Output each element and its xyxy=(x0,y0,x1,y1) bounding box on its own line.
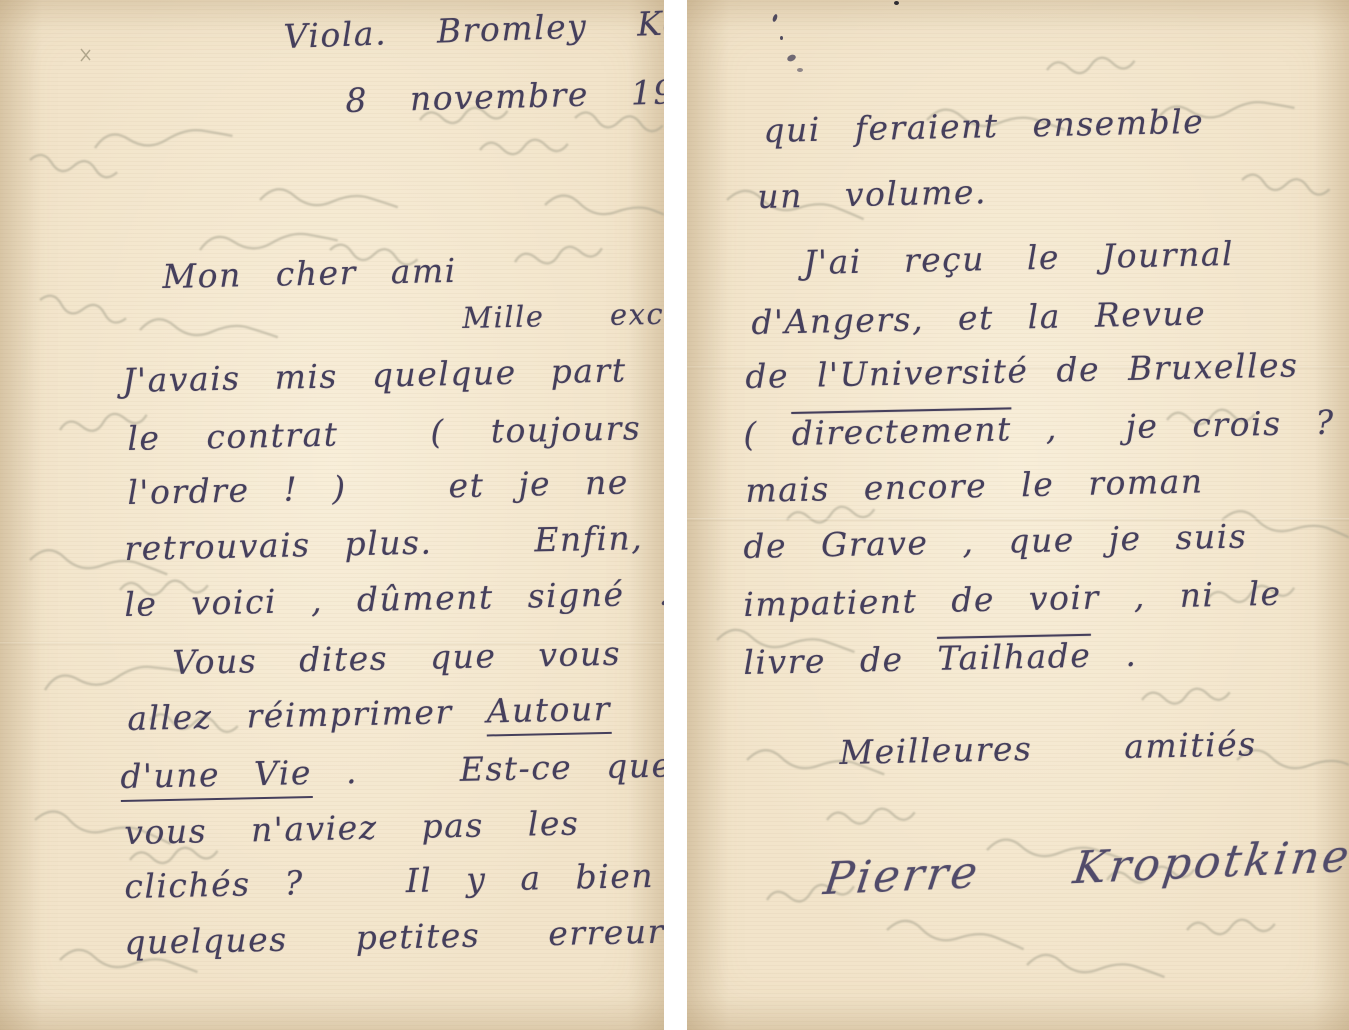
ink-speck xyxy=(780,36,783,40)
line-text: ( xyxy=(743,414,792,454)
letter-line: clichés ? Il y a bien xyxy=(124,859,654,903)
overlined-name: Tailhade xyxy=(937,636,1092,678)
letter-line: d'Angers, et la Revue xyxy=(751,296,1207,339)
letter-line: J'avais mis quelque part xyxy=(122,353,627,397)
ink-speck xyxy=(772,14,778,23)
salutation-line: Mon cher ami xyxy=(162,254,457,293)
line-text: . xyxy=(1091,635,1138,675)
ink-speck xyxy=(797,68,803,72)
letter-line: quelques petites erreurs xyxy=(124,914,664,959)
letter-line: Vous dites que vous xyxy=(172,637,621,679)
overlined-word: directement xyxy=(791,409,1012,453)
letter-line: Mille excuses. xyxy=(462,298,664,333)
line-text: , je crois ? ) xyxy=(1011,402,1349,449)
signature: Pierre Kropotkine xyxy=(821,835,1349,902)
letter-line: vous n'aviez pas les xyxy=(124,806,580,849)
place-line: Viola. Bromley Kent xyxy=(283,5,664,53)
underlined-book-title: Autour xyxy=(486,689,611,737)
letter-line: un volume. xyxy=(757,175,987,213)
letter-line: J'ai reçu le Journal xyxy=(803,237,1234,279)
letter-line: le contrat ( toujours xyxy=(127,411,642,455)
letter-line: allez réimprimer Autour xyxy=(127,692,611,735)
letter-line: livre de Tailhade . xyxy=(743,638,1138,679)
letter-line: qui feraient ensemble xyxy=(763,105,1205,147)
letter-line: mais encore le roman xyxy=(745,464,1204,507)
letter-line: retrouvais plus. Enfin, xyxy=(124,521,644,565)
letter-line: l'ordre ! ) et je ne le xyxy=(127,464,664,509)
pencil-mark xyxy=(80,48,92,62)
ink-speck xyxy=(894,1,899,5)
letter-page-2: qui feraient ensemble un volume. J'ai re… xyxy=(687,0,1349,1030)
ink-speck xyxy=(786,53,797,62)
line-text: livre de xyxy=(743,639,938,682)
letter-line: de l'Université de Bruxelles xyxy=(745,348,1299,393)
letter-line: ( directement , je crois ? ) xyxy=(743,405,1349,451)
letter-line: de Grave , que je suis xyxy=(743,519,1248,563)
line-text: allez réimprimer xyxy=(127,691,487,738)
letter-page-1: Viola. Bromley Kent 8 novembre 1902 Mon … xyxy=(0,0,664,1030)
closing-line: Meilleures amitiés xyxy=(839,727,1257,769)
line-text: . Est-ce que xyxy=(311,745,664,792)
letter-line: impatient de voir , ni le xyxy=(743,577,1282,621)
letter-line: d'une Vie . Est-ce que xyxy=(120,748,664,793)
underlined-book-title: d'une Vie xyxy=(120,753,312,802)
letter-line: le voici , dûment signé . xyxy=(124,577,664,621)
date-line: 8 novembre 1902 xyxy=(345,74,664,117)
